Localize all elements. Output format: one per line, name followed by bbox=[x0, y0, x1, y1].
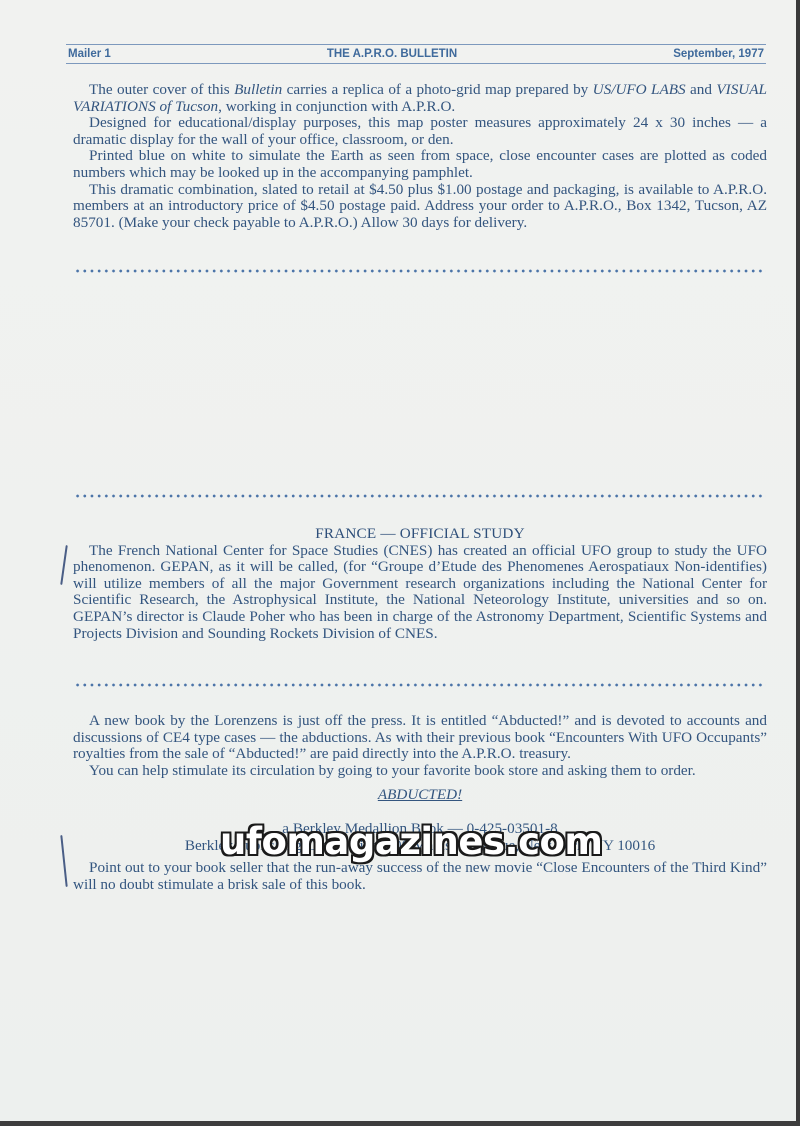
issue-date: September, 1977 bbox=[673, 48, 764, 60]
book-paragraph-3: Point out to your book seller that the r… bbox=[73, 860, 767, 893]
book-author-line-obscured bbox=[73, 804, 767, 821]
book-title: ABDUCTED! bbox=[73, 787, 767, 804]
scan-edge bbox=[0, 1121, 800, 1126]
scan-edge bbox=[796, 0, 800, 1126]
mailer-label: Mailer 1 bbox=[68, 48, 111, 60]
page-header: Mailer 1 THE A.P.R.O. BULLETIN September… bbox=[66, 44, 766, 64]
dotted-divider bbox=[74, 493, 766, 499]
cover-notice-section: The outer cover of this Bulletin carries… bbox=[73, 82, 767, 231]
book-paragraph-2: You can help stimulate its circulation b… bbox=[73, 763, 767, 780]
france-section: FRANCE — OFFICIAL STUDY The French Natio… bbox=[73, 526, 767, 642]
pen-margin-mark bbox=[60, 835, 67, 887]
france-paragraph: The French National Center for Space Stu… bbox=[73, 543, 767, 643]
bulletin-page: Mailer 1 THE A.P.R.O. BULLETIN September… bbox=[0, 0, 800, 1126]
book-paragraph-1: A new book by the Lorenzens is just off … bbox=[73, 713, 767, 763]
pen-margin-mark bbox=[60, 545, 68, 585]
publication-title: THE A.P.R.O. BULLETIN bbox=[327, 48, 457, 60]
cover-notice-paragraph-2: Designed for educational/display purpose… bbox=[73, 115, 767, 148]
cover-notice-paragraph-3: Printed blue on white to simulate the Ea… bbox=[73, 148, 767, 181]
section-title: FRANCE — OFFICIAL STUDY bbox=[73, 526, 767, 543]
dotted-divider bbox=[74, 268, 766, 274]
cover-notice-paragraph-1: The outer cover of this Bulletin carries… bbox=[73, 82, 767, 115]
cover-notice-paragraph-4: This dramatic combination, slated to ret… bbox=[73, 182, 767, 232]
book-section: A new book by the Lorenzens is just off … bbox=[73, 713, 767, 893]
site-watermark: ufomagazines.com bbox=[220, 822, 580, 862]
dotted-divider bbox=[74, 682, 766, 688]
